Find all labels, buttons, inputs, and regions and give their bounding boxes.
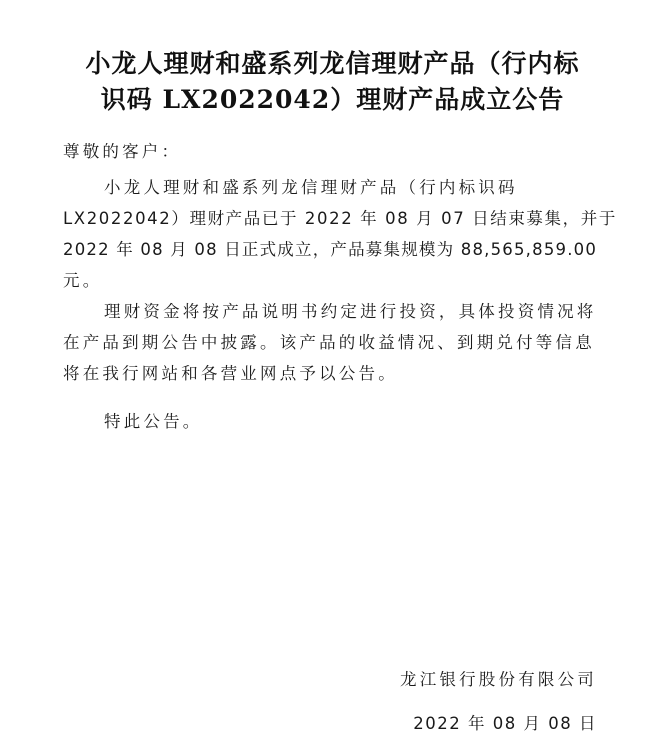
paragraph-line: 将在我行网站和各营业网点予以公告。	[63, 358, 603, 389]
paragraph-line: 理财资金将按产品说明书约定进行投资，具体投资情况将	[63, 296, 603, 327]
paragraph-line: 2022 年 08 月 08 日正式成立，产品募集规模为 88,565,859.…	[63, 234, 603, 265]
paragraph-establishment: 小龙人理财和盛系列龙信理财产品（行内标识码 LX2022042）理财产品已于 2…	[63, 172, 603, 296]
paragraph-line: 元。	[63, 265, 603, 296]
paragraph-line: LX2022042）理财产品已于 2022 年 08 月 07 日结束募集，并于	[63, 203, 603, 234]
closing-statement: 特此公告。	[63, 406, 603, 437]
document-title: 小龙人理财和盛系列龙信理财产品（行内标 识码 LX2022042）理财产品成立公…	[40, 48, 625, 121]
closing-text: 特此公告。	[63, 406, 603, 437]
title-line-2: 识码 LX2022042）理财产品成立公告	[40, 79, 625, 121]
greeting-text: 尊敬的客户：	[63, 136, 603, 167]
greeting: 尊敬的客户：	[63, 136, 603, 167]
signature-block: 龙江银行股份有限公司 2022 年 08 月 08 日	[400, 666, 597, 746]
issuer-name: 龙江银行股份有限公司	[400, 666, 597, 706]
paragraph-investment: 理财资金将按产品说明书约定进行投资，具体投资情况将 在产品到期公告中披露。该产品…	[63, 296, 603, 389]
issue-date: 2022 年 08 月 08 日	[400, 706, 597, 746]
title-line-1: 小龙人理财和盛系列龙信理财产品（行内标	[40, 48, 625, 79]
paragraph-line: 小龙人理财和盛系列龙信理财产品（行内标识码	[63, 172, 603, 203]
paragraph-line: 在产品到期公告中披露。该产品的收益情况、到期兑付等信息	[63, 327, 603, 358]
